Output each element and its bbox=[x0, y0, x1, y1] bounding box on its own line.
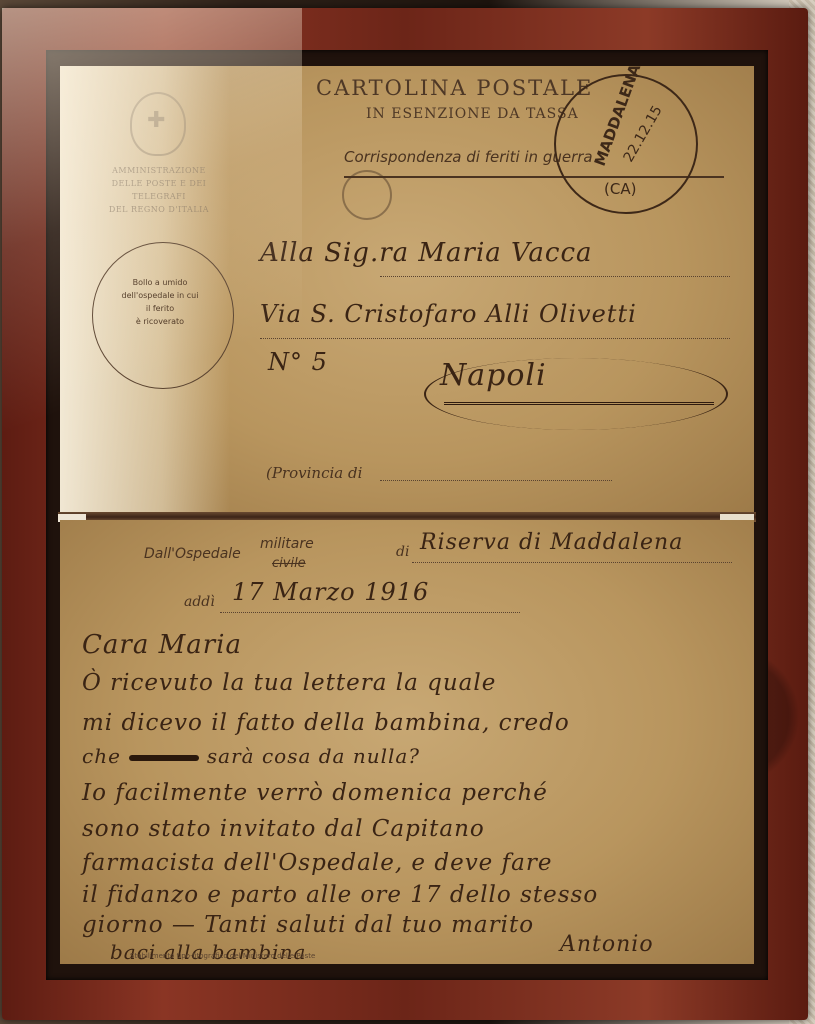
address-dotted-line bbox=[260, 338, 730, 339]
postcard-subtitle: IN ESENZIONE DA TASSA bbox=[366, 106, 579, 122]
address-recipient: Alla Sig.ra Maria Vacca bbox=[260, 238, 593, 268]
letter-salutation: Cara Maria bbox=[82, 630, 242, 660]
hospital-place: Riserva di Maddalena bbox=[420, 530, 683, 555]
letter-line: sono stato invitato dal Capitano bbox=[82, 816, 485, 842]
letter-line: giorno — Tanti saluti dal tuo marito bbox=[82, 912, 534, 938]
address-number: N° 5 bbox=[268, 348, 328, 376]
printer-footer: Stabilimento tipo-litografico del Minist… bbox=[130, 952, 315, 960]
postcard-title: CARTOLINA POSTALE bbox=[316, 76, 593, 100]
letter-date: 17 Marzo 1916 bbox=[232, 578, 429, 606]
letter-line: Io facilmente verrò domenica perché bbox=[82, 780, 548, 806]
letter-line: farmacista dell'Ospedale, e deve fare bbox=[82, 850, 552, 876]
ink-redaction bbox=[129, 755, 199, 761]
letter-line: il fidanzo e parto alle ore 17 dello ste… bbox=[82, 882, 598, 908]
hospital-option-civil: civile bbox=[272, 556, 306, 571]
city-underline bbox=[444, 402, 714, 405]
hospital-label: Dall'Ospedale bbox=[144, 546, 241, 562]
seal-area-text: Bollo a umido dell'ospedale in cui il fe… bbox=[100, 276, 220, 328]
faint-postmark bbox=[342, 170, 392, 220]
administration-text: AMMINISTRAZIONE DELLE POSTE E DEI TELEGR… bbox=[84, 164, 234, 216]
postmark-stamp: MADDALENA 22.12.15 (CA) bbox=[554, 74, 698, 214]
address-street: Via S. Cristofaro Alli Olivetti bbox=[260, 300, 637, 328]
provincia-label: (Provincia di bbox=[266, 464, 362, 482]
savoy-crest-icon bbox=[130, 92, 186, 156]
provincia-dotted-line bbox=[380, 480, 612, 481]
date-label: addì bbox=[184, 594, 215, 610]
address-dotted-line bbox=[380, 276, 730, 277]
letter-signature: Antonio bbox=[560, 932, 654, 957]
address-city: Napoli bbox=[440, 358, 547, 393]
postmark-province: (CA) bbox=[604, 180, 636, 198]
hospital-option-military: militare bbox=[260, 536, 314, 552]
postcard-back: Dall'Ospedale militare civile di Riserva… bbox=[60, 520, 754, 964]
letter-line: chesarà cosa da nulla? bbox=[82, 744, 420, 768]
letter-line: mi dicevo il fatto della bambina, credo bbox=[82, 710, 570, 736]
letter-line: Ò ricevuto la tua lettera la quale bbox=[82, 670, 496, 696]
hospital-dotted-line bbox=[412, 562, 732, 563]
postcard-front: AMMINISTRAZIONE DELLE POSTE E DEI TELEGR… bbox=[60, 66, 754, 516]
hospital-di-label: di bbox=[396, 544, 409, 560]
date-dotted-line bbox=[220, 612, 520, 613]
